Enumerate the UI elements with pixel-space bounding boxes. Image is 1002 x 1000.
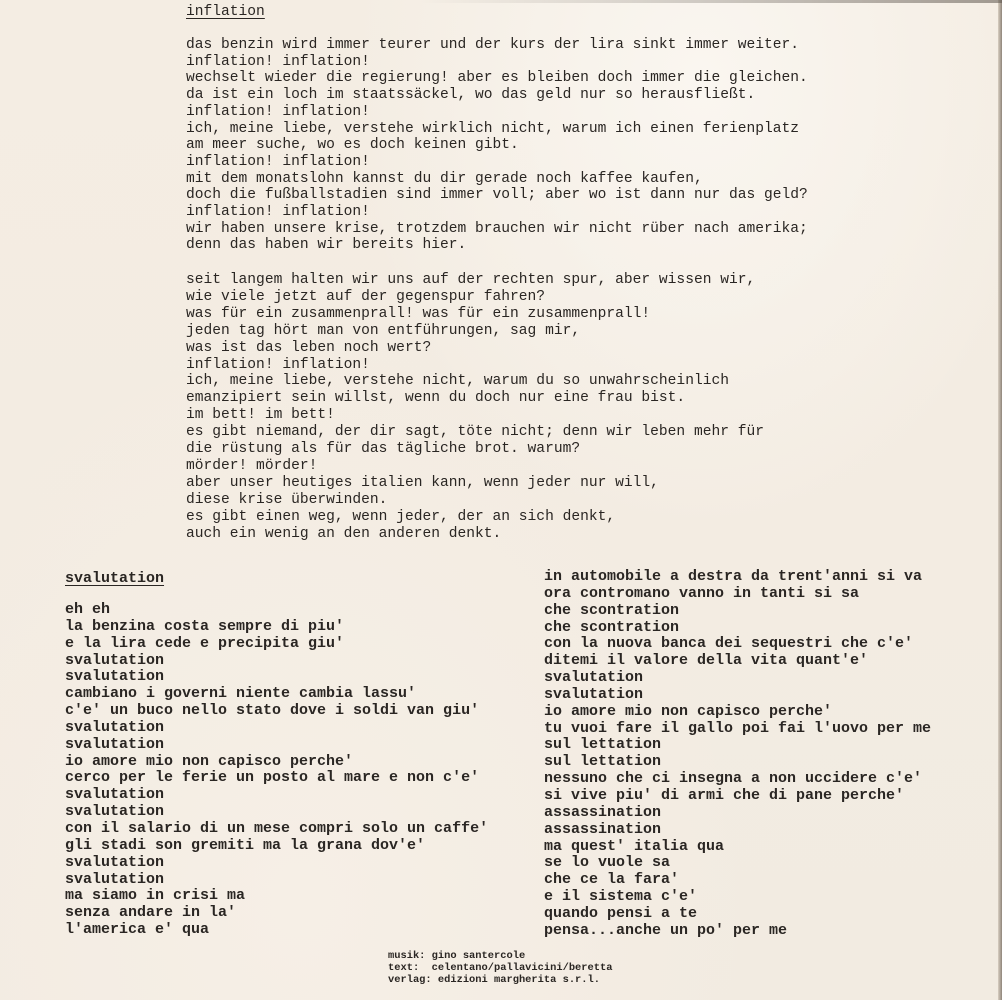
- lyric-line: ora contromano vanno in tanti si sa: [544, 586, 931, 603]
- lyric-line: la benzina costa sempre di piu': [65, 619, 488, 636]
- lyric-line: e la lira cede e precipita giu': [65, 636, 488, 653]
- lyric-line: was für ein zusammenprall! was für ein z…: [186, 306, 764, 323]
- lyric-line: tu vuoi fare il gallo poi fai l'uovo per…: [544, 721, 931, 738]
- lyric-line: assassination: [544, 822, 931, 839]
- lyric-line: aber unser heutiges italien kann, wenn j…: [186, 475, 764, 492]
- lyric-line: wie viele jetzt auf der gegenspur fahren…: [186, 289, 764, 306]
- lyric-line: svalutation: [65, 787, 488, 804]
- lyric-line: die rüstung als für das tägliche brot. w…: [186, 441, 764, 458]
- lyric-line: sul lettation: [544, 754, 931, 771]
- lyric-line: che scontration: [544, 620, 931, 637]
- lyric-line: inflation! inflation!: [186, 357, 764, 374]
- lyric-line: jeden tag hört man von entführungen, sag…: [186, 323, 764, 340]
- lyric-line: ma quest' italia qua: [544, 839, 931, 856]
- lyric-line: inflation! inflation!: [186, 54, 808, 71]
- lyric-line: im bett! im bett!: [186, 407, 764, 424]
- lyric-line: ich, meine liebe, verstehe wirklich nich…: [186, 121, 808, 138]
- lyric-line: nessuno che ci insegna a non uccidere c'…: [544, 771, 931, 788]
- inflation-title: inflation: [186, 3, 265, 21]
- lyric-line: denn das haben wir bereits hier.: [186, 237, 808, 254]
- lyric-line: inflation! inflation!: [186, 104, 808, 121]
- lyric-line: svalutation: [544, 687, 931, 704]
- lyric-line: emanzipiert sein willst, wenn du doch nu…: [186, 390, 764, 407]
- lyric-line: inflation! inflation!: [186, 154, 808, 171]
- svalutation-title: svalutation: [65, 570, 164, 588]
- lyric-line: con la nuova banca dei sequestri che c'e…: [544, 636, 931, 653]
- lyric-line: svalutation: [544, 670, 931, 687]
- paper-fold-shadow: [420, 0, 1002, 3]
- lyric-line: eh eh: [65, 602, 488, 619]
- lyric-line: inflation! inflation!: [186, 204, 808, 221]
- lyric-line: mörder! mörder!: [186, 458, 764, 475]
- lyric-line: mit dem monatslohn kannst du dir gerade …: [186, 171, 808, 188]
- lyric-line: senza andare in la': [65, 905, 488, 922]
- lyric-line: se lo vuole sa: [544, 855, 931, 872]
- lyric-line: l'america e' qua: [65, 922, 488, 939]
- lyric-line: wir haben unsere krise, trotzdem brauche…: [186, 221, 808, 238]
- lyric-line: auch ein wenig an den anderen denkt.: [186, 526, 764, 543]
- lyric-line: svalutation: [65, 669, 488, 686]
- lyric-line: che scontration: [544, 603, 931, 620]
- lyric-line: diese krise überwinden.: [186, 492, 764, 509]
- lyric-line: ich, meine liebe, verstehe nicht, warum …: [186, 373, 764, 390]
- lyric-line: pensa...anche un po' per me: [544, 923, 931, 940]
- svalutation-left-column: eh ehla benzina costa sempre di piu'e la…: [65, 602, 488, 939]
- lyric-line: doch die fußballstadien sind immer voll;…: [186, 187, 808, 204]
- inflation-stanza-1: das benzin wird immer teurer und der kur…: [186, 37, 808, 254]
- lyric-line: svalutation: [65, 872, 488, 889]
- lyric-line: da ist ein loch im staatssäckel, wo das …: [186, 87, 808, 104]
- lyric-line: con il salario di un mese compri solo un…: [65, 821, 488, 838]
- lyric-line: io amore mio non capisco perche': [544, 704, 931, 721]
- lyric-line: wechselt wieder die regierung! aber es b…: [186, 70, 808, 87]
- lyric-line: svalutation: [65, 653, 488, 670]
- lyric-line: sul lettation: [544, 737, 931, 754]
- lyric-line: svalutation: [65, 720, 488, 737]
- lyric-line: ditemi il valore della vita quant'e': [544, 653, 931, 670]
- inflation-stanza-2: seit langem halten wir uns auf der recht…: [186, 272, 764, 543]
- lyric-line: musik: gino santercole: [388, 950, 612, 962]
- paper-edge: [998, 0, 1002, 1000]
- lyric-line: io amore mio non capisco perche': [65, 754, 488, 771]
- lyric-line: es gibt niemand, der dir sagt, töte nich…: [186, 424, 764, 441]
- lyric-line: assassination: [544, 805, 931, 822]
- lyric-line: seit langem halten wir uns auf der recht…: [186, 272, 764, 289]
- lyric-line: e il sistema c'e': [544, 889, 931, 906]
- lyric-line: cambiano i governi niente cambia lassu': [65, 686, 488, 703]
- svalutation-right-column: in automobile a destra da trent'anni si …: [544, 569, 931, 940]
- lyric-line: c'e' un buco nello stato dove i soldi va…: [65, 703, 488, 720]
- lyric-line: text: celentano/pallavicini/beretta: [388, 962, 612, 974]
- lyric-line: che ce la fara': [544, 872, 931, 889]
- lyric-line: das benzin wird immer teurer und der kur…: [186, 37, 808, 54]
- lyric-line: in automobile a destra da trent'anni si …: [544, 569, 931, 586]
- lyric-line: cerco per le ferie un posto al mare e no…: [65, 770, 488, 787]
- lyric-line: svalutation: [65, 855, 488, 872]
- lyric-line: ma siamo in crisi ma: [65, 888, 488, 905]
- lyric-line: gli stadi son gremiti ma la grana dov'e': [65, 838, 488, 855]
- lyric-line: quando pensi a te: [544, 906, 931, 923]
- lyric-line: svalutation: [65, 737, 488, 754]
- lyric-line: si vive piu' di armi che di pane perche': [544, 788, 931, 805]
- credits: musik: gino santercoletext: celentano/pa…: [388, 950, 612, 986]
- lyric-line: verlag: edizioni margherita s.r.l.: [388, 974, 612, 986]
- lyric-line: am meer suche, wo es doch keinen gibt.: [186, 137, 808, 154]
- lyric-line: svalutation: [65, 804, 488, 821]
- lyric-line: es gibt einen weg, wenn jeder, der an si…: [186, 509, 764, 526]
- lyric-line: was ist das leben noch wert?: [186, 340, 764, 357]
